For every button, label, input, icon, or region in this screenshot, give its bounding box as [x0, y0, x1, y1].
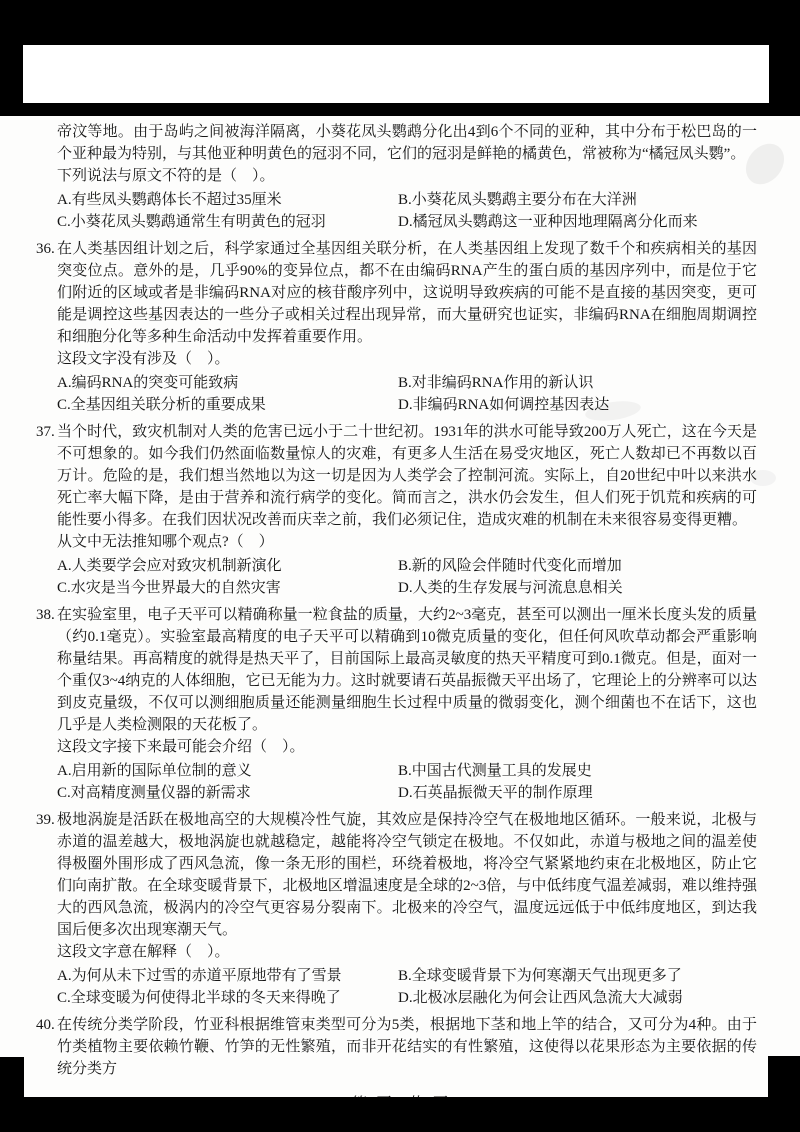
- option-a: A.启用新的国际单位制的意义: [57, 760, 398, 782]
- option-c: C.小葵花凤头鹦鹉通常生有明黄色的冠羽: [57, 211, 398, 233]
- question-35-continuation: 帝汶等地。由于岛屿之间被海洋隔离，小葵花凤头鹦鹉分化出4到6个不同的亚种，其中分…: [57, 121, 757, 233]
- option-a: A.人类要学会应对致灾机制新演化: [57, 555, 398, 577]
- question-stem: 这段文字接下来最可能会介绍（ ）。: [57, 736, 757, 758]
- option-d: D.非编码RNA如何调控基因表达: [398, 394, 757, 416]
- question-body: 帝汶等地。由于岛屿之间被海洋隔离，小葵花凤头鹦鹉分化出4到6个不同的亚种，其中分…: [57, 121, 757, 165]
- question-40: 40. 在传统分类学阶段，竹亚科根据维管束类型可分为5类，根据地下茎和地上竿的结…: [57, 1014, 757, 1080]
- option-b: B.对非编码RNA作用的新认识: [398, 372, 757, 394]
- option-b: B.全球变暖背景下为何寒潮天气出现更多了: [398, 965, 757, 987]
- question-body: 在传统分类学阶段，竹亚科根据维管束类型可分为5类，根据地下茎和地上竿的结合，又可…: [57, 1014, 757, 1080]
- top-scan-band: [0, 0, 800, 116]
- option-d: D.北极冰层融化为何会让西风急流大大减弱: [398, 987, 757, 1009]
- question-37: 37. 当个时代，致灾机制对人类的危害已远小于二十世纪初。1931年的洪水可能导…: [57, 421, 757, 599]
- option-d: D.橘冠凤头鹦鹉这一亚种因地理隔离分化而来: [398, 211, 757, 233]
- question-stem: 下列说法与原文不符的是（ ）。: [57, 165, 757, 187]
- bottom-scan-band: [0, 1097, 800, 1132]
- question-body: 当个时代，致灾机制对人类的危害已远小于二十世纪初。1931年的洪水可能导致200…: [57, 421, 757, 531]
- question-number: 39.: [36, 809, 55, 831]
- options-grid: A.人类要学会应对致灾机制新演化 B.新的风险会伴随时代变化而增加 C.水灾是当…: [57, 555, 757, 599]
- question-number: 40.: [36, 1014, 55, 1036]
- option-a: A.有些凤头鹦鹉体长不超过35厘米: [57, 189, 398, 211]
- question-body: 在实验室里，电子天平可以精确称量一粒食盐的质量，大约2~3毫克，甚至可以测出一厘…: [57, 604, 757, 736]
- option-b: B.小葵花凤头鹦鹉主要分布在大洋洲: [398, 189, 757, 211]
- options-grid: A.有些凤头鹦鹉体长不超过35厘米 B.小葵花凤头鹦鹉主要分布在大洋洲 C.小葵…: [57, 189, 757, 233]
- question-39: 39. 极地涡旋是活跃在极地高空的大规模冷性气旋，其效应是保持冷空气在极地地区循…: [57, 809, 757, 1009]
- redacted-header-box: [23, 45, 769, 103]
- question-number: 38.: [36, 604, 55, 626]
- option-d: D.人类的生存发展与河流息息相关: [398, 577, 757, 599]
- question-number: 37.: [36, 421, 55, 443]
- option-b: B.中国古代测量工具的发展史: [398, 760, 757, 782]
- options-grid: A.编码RNA的突变可能致病 B.对非编码RNA作用的新认识 C.全基因组关联分…: [57, 372, 757, 416]
- question-body: 在人类基因组计划之后，科学家通过全基因组关联分析，在人类基因组上发现了数千个和疾…: [57, 238, 757, 348]
- question-36: 36. 在人类基因组计划之后，科学家通过全基因组关联分析，在人类基因组上发现了数…: [57, 238, 757, 416]
- options-grid: A.启用新的国际单位制的意义 B.中国古代测量工具的发展史 C.对高精度测量仪器…: [57, 760, 757, 804]
- question-body: 极地涡旋是活跃在极地高空的大规模冷性气旋，其效应是保持冷空气在极地地区循环。一般…: [57, 809, 757, 941]
- options-grid: A.为何从未下过雪的赤道平原地带有了雪景 B.全球变暖背景下为何寒潮天气出现更多…: [57, 965, 757, 1009]
- question-stem: 这段文字没有涉及（ ）。: [57, 348, 757, 370]
- option-c: C.全基因组关联分析的重要成果: [57, 394, 398, 416]
- question-number: 36.: [36, 238, 55, 260]
- option-c: C.全球变暖为何使得北半球的冬天来得晚了: [57, 987, 398, 1009]
- question-38: 38. 在实验室里，电子天平可以精确称量一粒食盐的质量，大约2~3毫克，甚至可以…: [57, 604, 757, 804]
- option-b: B.新的风险会伴随时代变化而增加: [398, 555, 757, 577]
- option-d: D.石英晶振微天平的制作原理: [398, 782, 757, 804]
- scanned-exam-page: 帝汶等地。由于岛屿之间被海洋隔离，小葵花凤头鹦鹉分化出4到6个不同的亚种，其中分…: [0, 0, 800, 1132]
- option-a: A.为何从未下过雪的赤道平原地带有了雪景: [57, 965, 398, 987]
- question-stem: 这段文字意在解释（ ）。: [57, 941, 757, 963]
- option-a: A.编码RNA的突变可能致病: [57, 372, 398, 394]
- bottom-scan-band-right: [768, 1056, 800, 1098]
- bottom-scan-band-left: [0, 1057, 24, 1098]
- option-c: C.对高精度测量仪器的新需求: [57, 782, 398, 804]
- question-stem: 从文中无法推知哪个观点?（ ）: [57, 531, 757, 553]
- option-c: C.水灾是当今世界最大的自然灾害: [57, 577, 398, 599]
- exam-content: 帝汶等地。由于岛屿之间被海洋隔离，小葵花凤头鹦鹉分化出4到6个不同的亚种，其中分…: [57, 121, 757, 1080]
